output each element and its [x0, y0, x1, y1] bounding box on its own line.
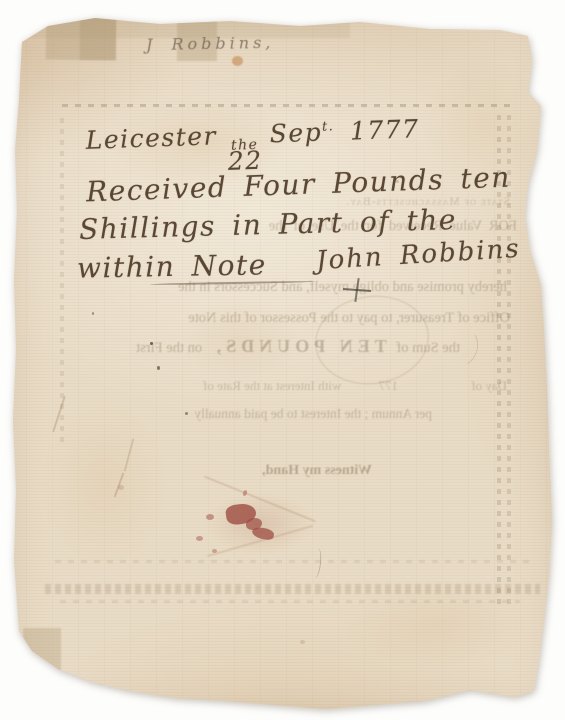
photo-frame: State of Massachusetts-Bay. FOR Value Re…	[0, 0, 565, 720]
edge-vignette	[0, 0, 565, 720]
paper-shadow: State of Massachusetts-Bay. FOR Value Re…	[0, 0, 565, 720]
paper-sheet: State of Massachusetts-Bay. FOR Value Re…	[0, 0, 565, 720]
